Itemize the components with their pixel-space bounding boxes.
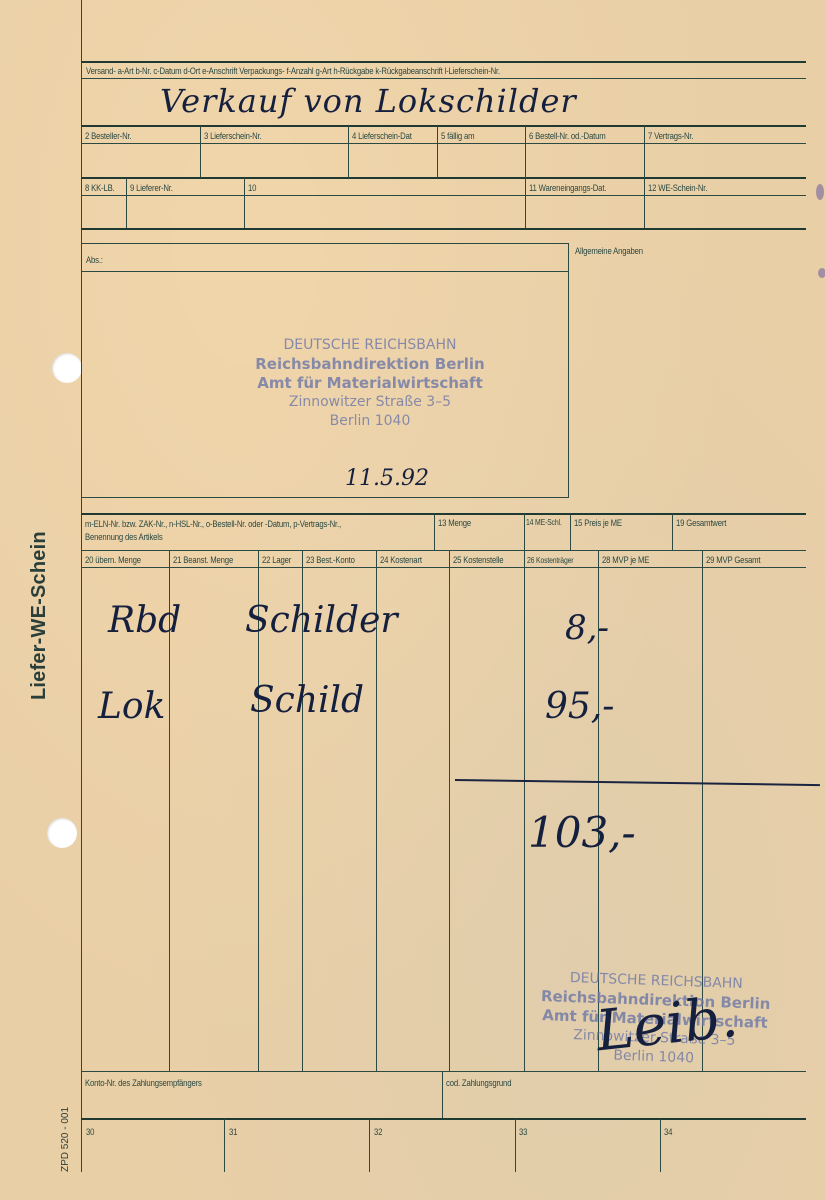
cell-border: [434, 514, 435, 550]
shipping-header-label: Versand- a-Art b-Nr. c-Datum d-Ort e-Ans…: [86, 66, 500, 76]
stamp-line: DEUTSCHE REICHSBAHN: [225, 336, 515, 355]
column-header-lager: 22 Lager: [262, 555, 291, 565]
divider: [81, 567, 806, 568]
item-2-description: Schild: [250, 680, 364, 721]
handwritten-sum-line: [455, 779, 820, 786]
field-31[interactable]: 31: [229, 1127, 237, 1137]
cell-border: [437, 126, 438, 178]
general-info-label: Allgemeine Angaben: [575, 246, 643, 256]
item-2-name: Lok: [98, 686, 165, 727]
form-code: ZPD 520 - 001: [60, 1107, 71, 1172]
punch-hole-bottom: [47, 818, 77, 848]
cell-border: [525, 178, 526, 228]
handwritten-date: 11.5.92: [345, 466, 429, 491]
field-lieferschein-nr[interactable]: 3 Lieferschein-Nr.: [204, 131, 262, 141]
field-vertrags-nr[interactable]: 7 Vertrags-Nr.: [648, 131, 693, 141]
left-margin-line: [81, 0, 82, 1172]
cell-border: [515, 1119, 516, 1172]
divider: [81, 61, 806, 63]
column-header-mvp-gesamt: 29 MVP Gesamt: [706, 555, 760, 565]
cell-border: [126, 178, 127, 228]
divider: [81, 513, 806, 515]
divider: [81, 195, 806, 196]
cell-border: [200, 126, 201, 178]
divider: [81, 271, 569, 272]
article-description-label: m-ELN-Nr. bzw. ZAK-Nr., n-HSL-Nr., o-Bes…: [85, 519, 341, 529]
stamp-line: Reichsbahndirektion Berlin: [225, 355, 515, 374]
handwritten-subject: Verkauf von Lokschilder: [160, 82, 577, 120]
cell-border: [442, 1072, 443, 1118]
column-header-best-konto: 23 Best.-Konto: [306, 555, 355, 565]
column-header-uebern-menge: 20 übern. Menge: [85, 555, 141, 565]
divider: [81, 550, 806, 551]
cell-border: [644, 178, 645, 228]
field-lieferschein-datum[interactable]: 4 Lieferschein-Dat: [352, 131, 412, 141]
field-34[interactable]: 34: [664, 1127, 672, 1137]
field-faellig-am[interactable]: 5 fällig am: [441, 131, 474, 141]
field-30[interactable]: 30: [86, 1127, 94, 1137]
column-header-mvp-je-me: 28 MVP je ME: [602, 555, 649, 565]
field-bestell-nr-datum[interactable]: 6 Bestell-Nr. od.-Datum: [529, 131, 605, 141]
form-side-title: Liefer-WE-Schein: [28, 531, 51, 700]
ink-blot: [818, 268, 825, 278]
field-besteller-nr[interactable]: 2 Besteller-Nr.: [85, 131, 131, 141]
field-33[interactable]: 33: [519, 1127, 527, 1137]
column-header-kostenart: 24 Kostenart: [380, 555, 422, 565]
punch-hole-top: [52, 353, 82, 383]
field-kk-lb[interactable]: 8 KK-LB.: [85, 183, 115, 193]
cell-border: [524, 514, 525, 550]
divider: [81, 143, 806, 144]
payee-account-label[interactable]: Konto-Nr. des Zahlungsempfängers: [85, 1078, 202, 1088]
ink-blot: [816, 184, 824, 200]
cell-border: [348, 126, 349, 178]
cell-border: [570, 514, 571, 550]
railway-stamp: DEUTSCHE REICHSBAHN Reichsbahndirektion …: [225, 336, 515, 431]
field-wareneingangs-datum[interactable]: 11 Wareneingangs-Dat.: [529, 183, 606, 193]
cell-border: [644, 126, 645, 178]
column-header-kostentraeger: 26 Kostenträger: [527, 556, 573, 566]
item-1-amount: 8,-: [565, 608, 609, 648]
item-2-amount: 95,-: [545, 686, 614, 727]
cell-border: [369, 1119, 370, 1172]
unit-price-label: 15 Preis je ME: [574, 518, 622, 528]
cell-border: [244, 178, 245, 228]
unit-key-label: 14 ME-Schl.: [526, 518, 562, 528]
field-32[interactable]: 32: [374, 1127, 382, 1137]
quantity-label: 13 Menge: [438, 518, 471, 528]
cell-border: [672, 514, 673, 550]
field-10[interactable]: 10: [248, 183, 256, 193]
column-header-beanst-menge: 21 Beanst. Menge: [173, 555, 233, 565]
stamp-line: Zinnowitzer Straße 3–5: [225, 393, 515, 412]
stamp-line: Amt für Materialwirtschaft: [225, 374, 515, 393]
divider: [81, 177, 806, 179]
stamp-line: Berlin 1040: [225, 412, 515, 431]
cell-border: [660, 1119, 661, 1172]
total-value-label: 19 Gesamtwert: [676, 518, 726, 528]
divider: [81, 228, 806, 230]
payment-reason-label[interactable]: cod. Zahlungsgrund: [446, 1078, 511, 1088]
divider: [81, 125, 806, 127]
column-header-kostenstelle: 25 Kostenstelle: [453, 555, 503, 565]
divider: [81, 1071, 806, 1072]
divider: [81, 78, 806, 79]
cell-border: [224, 1119, 225, 1172]
handwritten-total: 103,-: [528, 808, 636, 857]
item-1-name: Rbd: [108, 600, 181, 641]
divider: [81, 1118, 806, 1120]
cell-border: [525, 126, 526, 178]
field-we-schein-nr[interactable]: 12 WE-Schein-Nr.: [648, 183, 707, 193]
article-description-label-2: Benennung des Artikels: [85, 532, 163, 542]
sender-label: Abs.:: [86, 255, 103, 265]
item-1-description: Schilder: [245, 600, 398, 641]
column-border: [449, 551, 450, 1071]
field-lieferer-nr[interactable]: 9 Lieferer-Nr.: [130, 183, 173, 193]
